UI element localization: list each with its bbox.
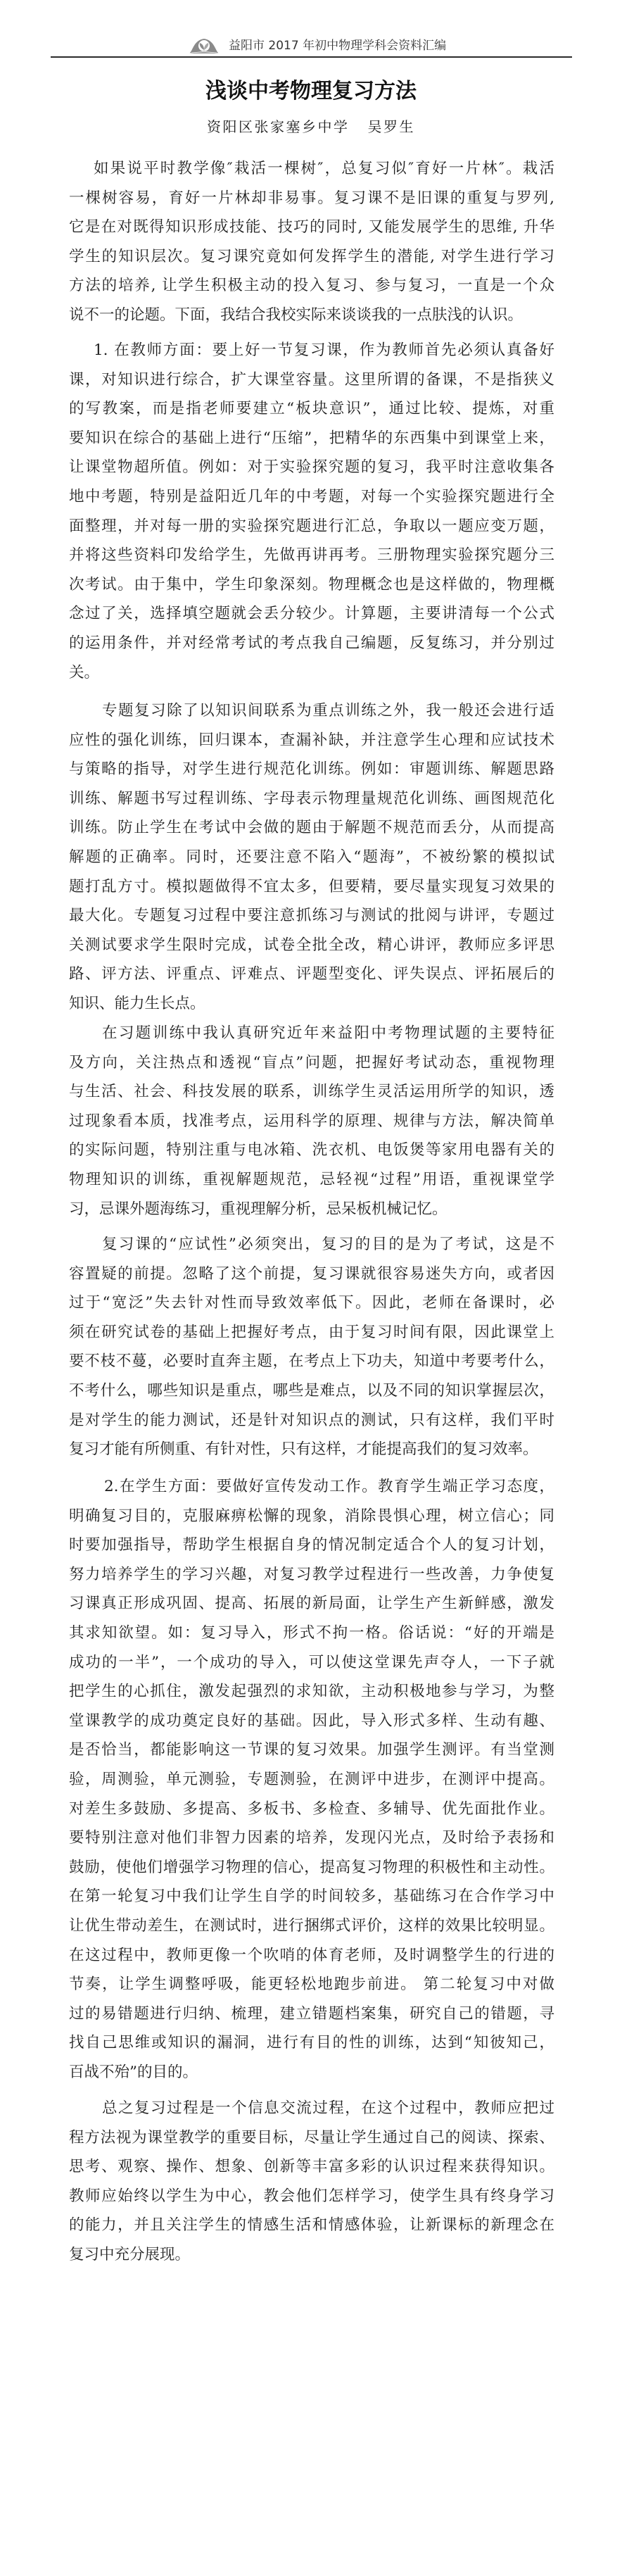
- author-school: 资阳区张家塞乡中学: [207, 118, 350, 135]
- text-line: 念过了关，选择填空题就会丢分较少。计算题，主要讲清每一个公式: [69, 599, 554, 629]
- text-line: 的运用条件，并对经常考试的考点我自己编题，反复练习，并分别过: [69, 629, 554, 658]
- text-line: 课，对知识进行综合，扩大课堂容量。这里所谓的备课，不是指狭义: [69, 365, 554, 395]
- text-line: 方法的培养, 让学生积极主动的投入复习、参与复习，一直是一个众: [69, 271, 554, 301]
- text-line: 努力培养学生的学习兴趣，对复习教学过程进行一些改善，力争使复: [69, 1560, 554, 1590]
- conclusion-paragraph: 总之复习过程是一个信息交流过程，在这个过程中，教师应把过程方法视为课堂教学的重要…: [69, 2094, 554, 2270]
- author-name: 吴罗生: [368, 118, 416, 135]
- topic-review-paragraph: 专题复习除了以知识间联系为重点训练之外，我一般还会进行适应性的强化训练，回归课本…: [69, 696, 554, 1019]
- text-line: 解题的正确率。同时，还要注意不陷入“题海”，不被纷繁的模拟试: [69, 843, 554, 872]
- text-line: 须在研究试卷的基础上把握好考点，由于复习时间有限，因此课堂上: [69, 1318, 554, 1347]
- text-line: 关。: [69, 658, 554, 688]
- text-line: 让优生带动差生，在测试时，进行捆绑式评价，这样的效果比较明显。: [69, 1911, 554, 1941]
- text-line: 并将这些资料印发给学生，先做再讲再考。三册物理实验探究题分三: [69, 541, 554, 570]
- header-title: 益阳市 2017 年初中物理学科会资料汇编: [229, 37, 446, 54]
- text-line: 是对学生的能力测试，还是针对知识点的测试，只有这样，我们平时: [69, 1406, 554, 1435]
- text-line: 与策略的指导，对学生进行规范化训练。例如：审题训练、解题思路: [69, 755, 554, 784]
- text-line: 节奏，让学生调整呼吸，能更轻松地跑步前进。 第二轮复习中对做: [69, 1970, 554, 1999]
- text-line: 知识、能力生长点。: [69, 989, 554, 1019]
- text-line: 说不一的论题。下面，我结合我校实际来谈谈我的一点肤浅的认识。: [69, 301, 554, 330]
- intro-paragraph: 如果说平时教学像″栽活一棵树″，总复习似″育好一片林″。栽活一棵树容易，育好一片…: [69, 154, 554, 330]
- text-line: 在这过程中，教师更像一个吹哨的体育老师，及时调整学生的行进的: [69, 1941, 554, 1971]
- text-line: 验，周测验，单元测验，专题测验，在测评中进步，在测评中提高。: [69, 1765, 554, 1795]
- text-line: 复习中充分展现。: [69, 2240, 554, 2270]
- text-line: 总之复习过程是一个信息交流过程，在这个过程中，教师应把过: [69, 2094, 554, 2123]
- text-line: 过现象看本质，找准考点，运用科学的原理、规律与方法，解决简单: [69, 1107, 554, 1136]
- exercise-training-paragraph: 在习题训练中我认真研究近年来益阳中考物理试题的主要特征及方向，关注热点和透视“盲…: [69, 1019, 554, 1224]
- text-line: 时要加强指导，帮助学生根据自身的情况制定适合个人的复习计划，: [69, 1531, 554, 1560]
- text-line: 容置疑的前提。忽略了这个前提，复习课就很容易迷失方向，或者因: [69, 1259, 554, 1289]
- text-line: 它是在对既得知识形成技能、技巧的同时, 又能发展学生的思维, 升华: [69, 213, 554, 242]
- text-line: 是否恰当，都能影响这一节课的复习效果。加强学生测评。有当堂测: [69, 1735, 554, 1765]
- text-line: 对差生多鼓励、多提高、多板书、多检查、多辅导、优先面批作业。: [69, 1795, 554, 1824]
- text-line: 百战不殆”的目的。: [69, 2058, 554, 2087]
- text-line: 一棵树容易，育好一片林却非易事。复习课不是旧课的重复与罗列,: [69, 184, 554, 213]
- text-line: 复习课的“应试性”必须突出，复习的目的是为了考试，这是不: [69, 1230, 554, 1259]
- text-line: 成功的一半”，一个成功的导入，可以使这堂课先声夺人，一下子就: [69, 1648, 554, 1678]
- text-line: 及方向，关注热点和透视“盲点”问题，把握好考试动态，重视物理: [69, 1048, 554, 1078]
- text-line: 关测试要求学生限时完成，试卷全批全改，精心讲评，教师应多评思: [69, 931, 554, 960]
- text-line: 的写教案，而是指老师要建立“板块意识”，通过比较、提炼，对重: [69, 394, 554, 424]
- text-line: 专题复习除了以知识间联系为重点训练之外，我一般还会进行适: [69, 696, 554, 726]
- text-line: 次考试。由于集中，学生印象深刻。物理概念也是这样做的，物理概: [69, 570, 554, 600]
- text-line: 习课真正形成巩固、提高、拓展的新局面，让学生产生新鲜感，激发: [69, 1589, 554, 1619]
- text-line: 教师应始终以学生为中心，教会他们怎样学习，使学生具有终身学习: [69, 2182, 554, 2211]
- teacher-aspect-paragraph: 1. 在教师方面：要上好一节复习课，作为教师首先必须认真备好课，对知识进行综合，…: [69, 336, 554, 687]
- text-line: 堂课教学的成功奠定良好的基础。因此，导入形式多样、生动有趣、: [69, 1707, 554, 1736]
- text-line: 习，忌课外题海练习，重视理解分析，忌呆板机械记忆。: [69, 1195, 554, 1224]
- text-line: 路、评方法、评重点、评难点、评题型变化、评失误点、评拓展后的: [69, 960, 554, 989]
- text-line: 训练。防止学生在考试中会做的题由于解题不规范而丢分，从而提高: [69, 813, 554, 843]
- text-line: 物理知识的训练，重视解题规范，忌轻视“过程”用语，重视课堂学: [69, 1165, 554, 1195]
- text-line: 明确复习目的，克服麻痹松懈的现象，消除畏惧心理，树立信心；同: [69, 1502, 554, 1531]
- text-line: 1. 在教师方面：要上好一节复习课，作为教师首先必须认真备好: [69, 336, 554, 365]
- text-line: 的能力，并且关注学生的情感生活和情感体验，让新课标的新理念在: [69, 2211, 554, 2240]
- text-line: 在习题训练中我认真研究近年来益阳中考物理试题的主要特征: [69, 1019, 554, 1048]
- text-line: 要特别注意对他们非智力因素的培养，发现闪光点，及时给予表扬和: [69, 1823, 554, 1853]
- text-line: 找自己思维或知识的漏洞，进行有目的性的训练，达到“知彼知己，: [69, 2028, 554, 2058]
- text-line: 要知识在综合的基础上进行“压缩”，把精华的东西集中到课堂上来，: [69, 424, 554, 453]
- text-line: 让课堂物超所值。例如：对于实验探究题的复习，我平时注意收集各: [69, 453, 554, 482]
- text-line: 的实际问题，特别注重与电冰箱、洗衣机、电饭煲等家用电器有关的: [69, 1136, 554, 1165]
- text-line: 复习才能有所侧重、有针对性，只有这样，才能提高我们的复习效率。: [69, 1435, 554, 1464]
- text-line: 鼓励，使他们增强学习物理的信心，提高复习物理的积极性和主动性。: [69, 1853, 554, 1883]
- text-line: 过的易错题进行归纳、梳理，建立错题档案集，研究自己的错题，寻: [69, 1999, 554, 2029]
- text-line: 学生的知识层次。复习课究竟如何发挥学生的潜能, 对学生进行学习: [69, 242, 554, 272]
- text-line: 要不枝不蔓，必要时直奔主题，在考点上下功夫，知道中考要考什么，: [69, 1347, 554, 1376]
- text-line: 把学生的心抓住，激发起强烈的求知欲，主动积极地参与学习，为整: [69, 1677, 554, 1707]
- header-divider: [51, 56, 572, 58]
- text-line: 在第一轮复习中我们让学生自学的时间较多，基础练习在合作学习中: [69, 1882, 554, 1911]
- text-line: 思考、观察、操作、想象、创新等丰富多彩的认识过程来获得知识。: [69, 2152, 554, 2182]
- text-line: 最大化。专题复习过程中要注意抓练习与测试的批阅与讲评，专题过: [69, 901, 554, 931]
- book-leaf-logo-icon: [189, 37, 220, 54]
- text-line: 题打乱方寸。模拟题做得不宜太多，但要精，要尽量实现复习效果的: [69, 872, 554, 902]
- article-title: 浅谈中考物理复习方法: [0, 77, 622, 106]
- article-byline: 资阳区张家塞乡中学吴罗生: [0, 117, 622, 137]
- text-line: 面整理，并对每一册的实验探究题进行汇总，争取以一题应变万题，: [69, 512, 554, 541]
- text-line: 地中考题，特别是益阳近几年的中考题，对每一个实验探究题进行全: [69, 482, 554, 512]
- text-line: 与生活、社会、科技发展的联系，训练学生灵活运用所学的知识，透: [69, 1077, 554, 1107]
- text-line: 如果说平时教学像″栽活一棵树″，总复习似″育好一片林″。栽活: [69, 154, 554, 184]
- text-line: 应性的强化训练，回归课本，查漏补缺，并注意学生心理和应试技术: [69, 726, 554, 755]
- text-line: 不考什么，哪些知识是重点，哪些是难点，以及不同的知识掌握层次，: [69, 1376, 554, 1406]
- document-page: 益阳市 2017 年初中物理学科会资料汇编 浅谈中考物理复习方法 资阳区张家塞乡…: [0, 0, 622, 2576]
- text-line: 其求知欲望。如：复习导入，形式不拘一格。俗话说：“好的开端是: [69, 1619, 554, 1648]
- student-aspect-paragraph: 2.在学生方面：要做好宣传发动工作。教育学生端正学习态度，明确复习目的，克服麻痹…: [69, 1472, 554, 2087]
- text-line: 2.在学生方面：要做好宣传发动工作。教育学生端正学习态度，: [69, 1472, 554, 1502]
- text-line: 训练、解题书写过程训练、字母表示物理量规范化训练、画图规范化: [69, 784, 554, 814]
- text-line: 过于“宽泛”失去针对性而导致效率低下。因此，老师在备课时，必: [69, 1288, 554, 1318]
- text-line: 程方法视为课堂教学的重要目标，尽量让学生通过自己的阅读、探索、: [69, 2123, 554, 2153]
- exam-orientation-paragraph: 复习课的“应试性”必须突出，复习的目的是为了考试，这是不容置疑的前提。忽略了这个…: [69, 1230, 554, 1464]
